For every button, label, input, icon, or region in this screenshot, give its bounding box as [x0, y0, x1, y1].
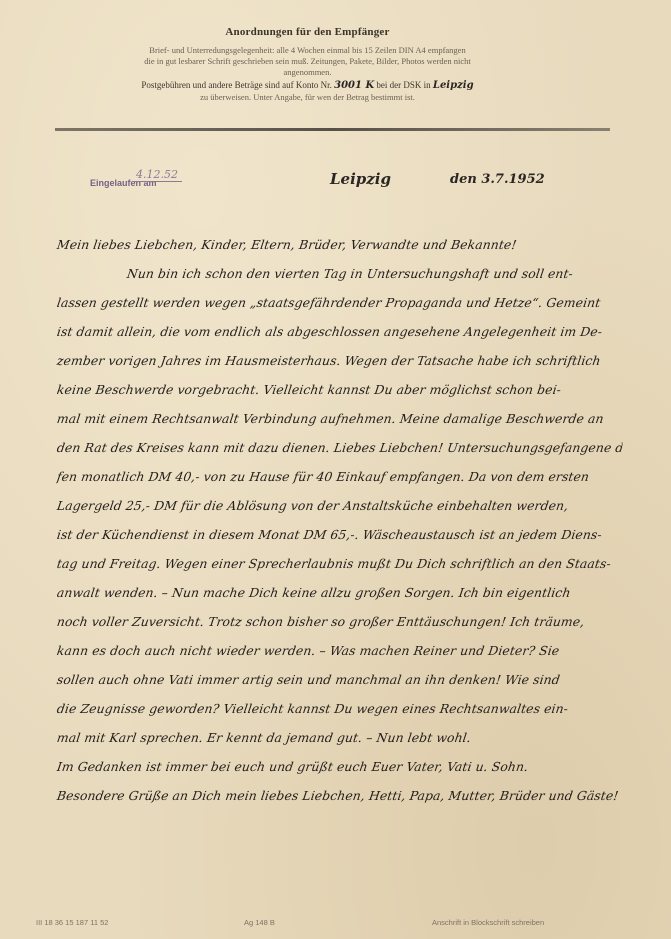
salutation: Mein liebes Liebchen, Kinder, Eltern, Br…	[55, 230, 624, 259]
letter-line: Lagergeld 25,- DM für die Ablösung von d…	[55, 491, 624, 520]
letter-line: tag und Freitag. Wegen einer Sprecherlau…	[55, 549, 624, 578]
received-stamp-date: 4.12.52	[132, 168, 182, 182]
letter-line: den Rat des Kreises kann mit dazu dienen…	[55, 433, 624, 462]
fees-prefix: Postgebühren und andere Beträge sind auf…	[141, 80, 331, 90]
letter-line: kann es doch auch nicht wieder werden. –…	[55, 636, 624, 665]
fees-account-handwritten: 3001 K	[334, 80, 374, 91]
letter-line: Im Gedanken ist immer bei euch und grüßt…	[55, 752, 624, 781]
footer-form-number: Ag 148 B	[244, 918, 275, 927]
letter-line: mal mit Karl sprechen. Er kennt da jeman…	[55, 723, 624, 752]
footer-print-code: III 18 36 15 187 11 52	[36, 918, 108, 927]
closing-line: Besondere Grüße an Dich mein liebes Lieb…	[55, 781, 624, 810]
letter-line: fen monatlich DM 40,- von zu Hause für 4…	[55, 462, 624, 491]
letter-line: ist damit allein, die vom endlich als ab…	[55, 317, 624, 346]
letter-place: Leipzig	[330, 170, 391, 188]
form-instructions-line-2: die in gut lesbarer Schrift geschrieben …	[45, 56, 570, 67]
header-divider	[55, 128, 610, 131]
form-fees-line-2: zu überweisen. Unter Angabe, für wen der…	[45, 92, 570, 103]
letter-line: mal mit einem Rechtsanwalt Verbindung au…	[55, 404, 624, 433]
fees-middle: bei der DSK in	[376, 80, 430, 90]
letter-line: zember vorigen Jahres im Hausmeisterhaus…	[55, 346, 624, 375]
letter-line: die Zeugnisse geworden? Vielleicht kanns…	[55, 694, 624, 723]
fees-city-handwritten: Leipzig	[433, 80, 474, 91]
letter-line: sollen auch ohne Vati immer artig sein u…	[55, 665, 624, 694]
footer-address-note: Anschrift in Blockschrift schreiben	[432, 918, 544, 927]
letter-body: Mein liebes Liebchen, Kinder, Eltern, Br…	[55, 230, 620, 810]
form-instructions-line-1: Brief- und Unterredungsgelegenheit: alle…	[45, 45, 570, 56]
form-fees-line: Postgebühren und andere Beträge sind auf…	[45, 79, 570, 92]
letter-line: lassen gestellt werden wegen „staatsgefä…	[55, 288, 624, 317]
form-header: Anordnungen für den Empfänger Brief- und…	[45, 0, 570, 103]
form-instructions-line-3: angenommen.	[45, 67, 570, 78]
letter-date: den 3.7.1952	[450, 172, 545, 187]
letter-line: noch voller Zuversicht. Trotz schon bish…	[55, 607, 624, 636]
letter-line: Nun bin ich schon den vierten Tag in Unt…	[55, 259, 624, 288]
letter-line: anwalt wenden. – Nun mache Dich keine al…	[55, 578, 624, 607]
letter-line: keine Beschwerde vorgebracht. Vielleicht…	[55, 375, 624, 404]
form-title: Anordnungen für den Empfänger	[45, 26, 570, 38]
letter-line: ist der Küchendienst in diesem Monat DM …	[55, 520, 624, 549]
